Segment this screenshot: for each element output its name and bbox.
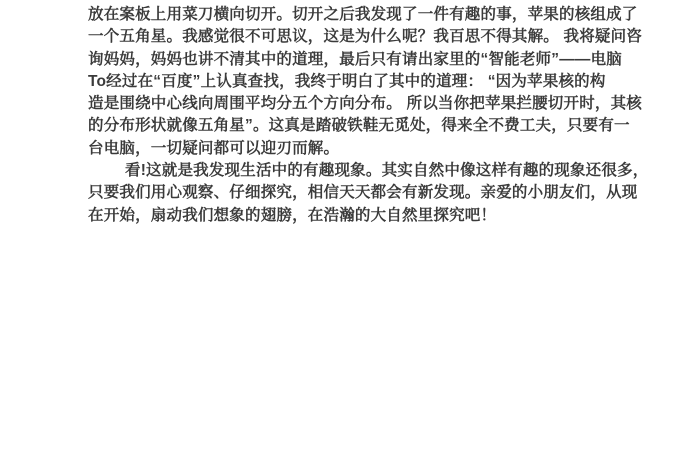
essay-text-block: 放在案板上用菜刀横向切开。切开之后我发现了一件有趣的事，苹果的核组成了 一个五角… <box>88 4 633 227</box>
text-line-5: 造是围绕中心线向周围平均分五个方向分布。 所以当你把苹果拦腰切开时，其核 <box>88 93 633 115</box>
text-line-10: 在开始，扇动我们想象的翅膀，在浩瀚的大自然里探究吧！ <box>88 205 633 227</box>
text-line-8: 看!这就是我发现生活中的有趣现象。其实自然中像这样有趣的现象还很多， <box>88 160 633 182</box>
text-line-9: 只要我们用心观察、仔细探究，相信天天都会有新发现。亲爱的小朋友们，从现 <box>88 182 633 204</box>
text-line-2: 一个五角星。我感觉很不可思议，这是为什么呢？我百思不得其解。 我将疑问咨 <box>88 26 633 48</box>
text-line-3: 询妈妈，妈妈也讲不清其中的道理，最后只有请出家里的“智能老师”——电脑 <box>88 49 633 71</box>
text-line-6: 的分布形状就像五角星”。这真是踏破铁鞋无觅处，得来全不费工夫，只要有一 <box>88 115 633 137</box>
document-page: 放在案板上用菜刀横向切开。切开之后我发现了一件有趣的事，苹果的核组成了 一个五角… <box>0 0 700 470</box>
text-line-4: To经过在“百度”上认真查找，我终于明白了其中的道理： “因为苹果核的构 <box>88 71 633 93</box>
text-line-1: 放在案板上用菜刀横向切开。切开之后我发现了一件有趣的事，苹果的核组成了 <box>88 4 633 26</box>
text-line-7: 台电脑，一切疑问都可以迎刃而解。 <box>88 138 633 160</box>
